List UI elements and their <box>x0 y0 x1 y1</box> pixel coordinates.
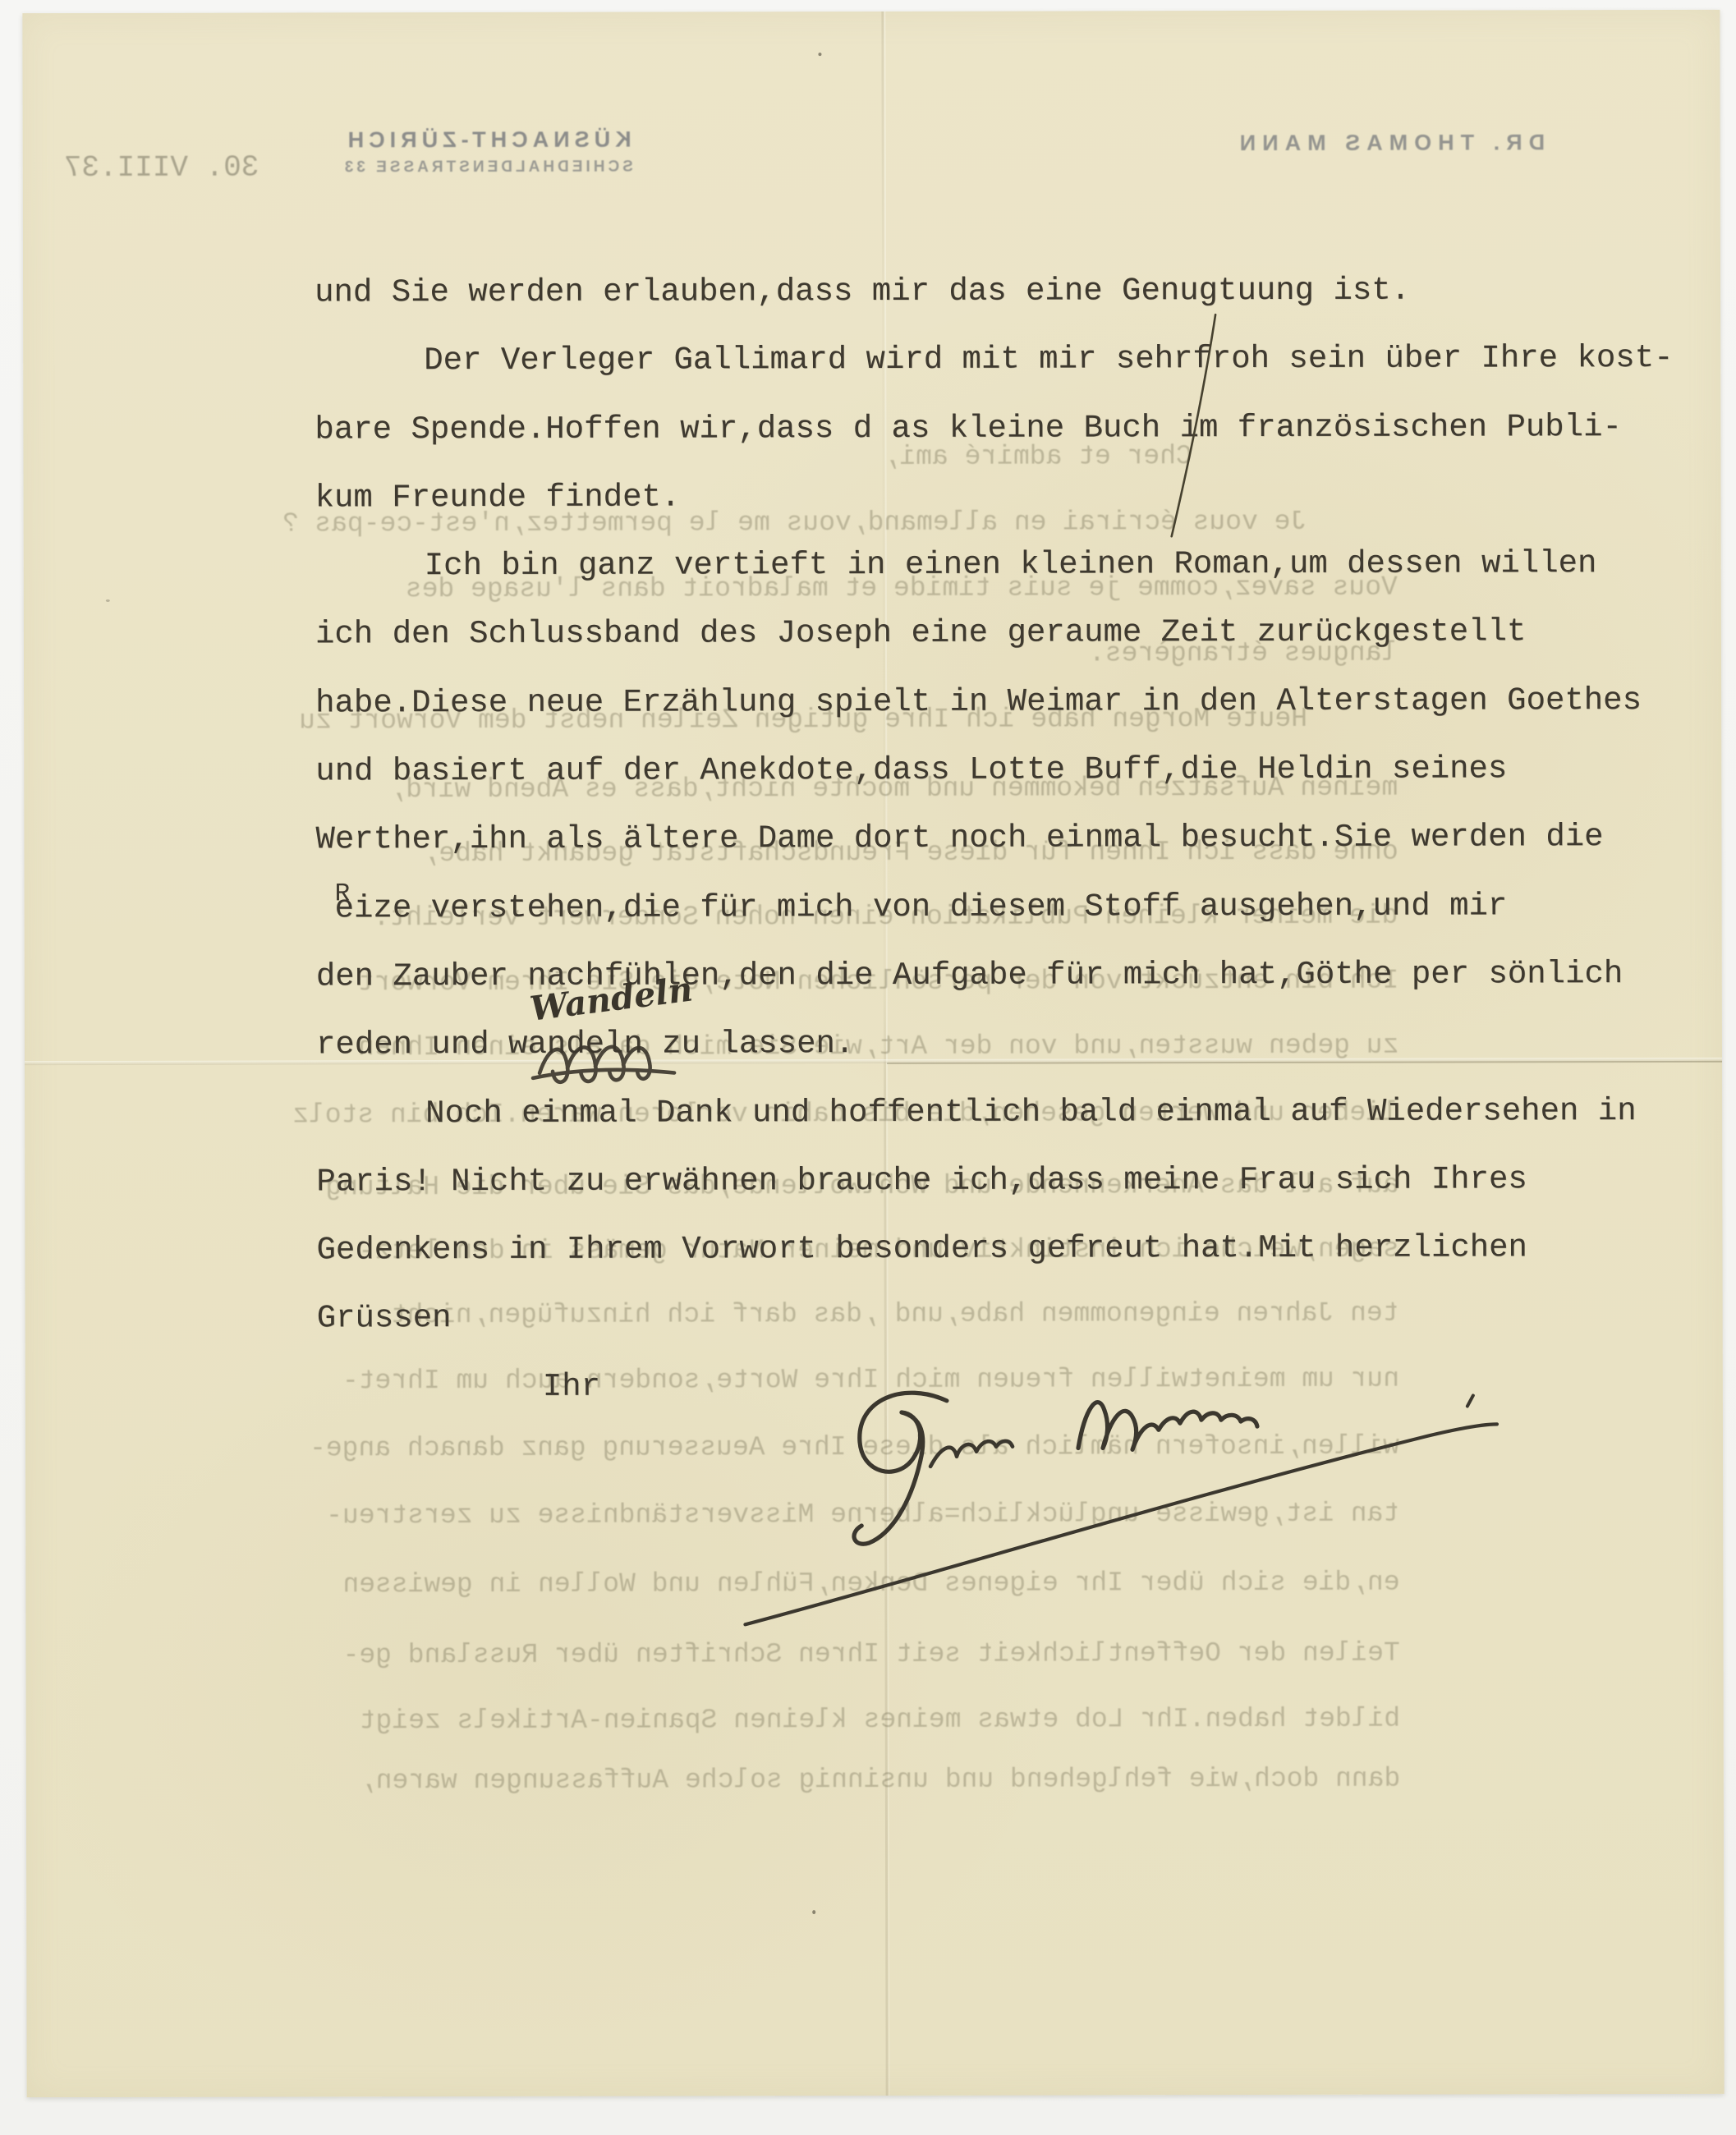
letter-paper: DR. THOMAS MANN KÜSNACHT-ZÜRICH SCHIEDHA… <box>22 10 1724 2097</box>
typed-line: Paris! Nicht zu erwähnen brauche ich,das… <box>316 1146 1674 1217</box>
letter-body: und Sie werden erlauben,dass mir das ein… <box>315 256 1675 1422</box>
handwritten-slash <box>1156 306 1231 544</box>
typed-line: Werther,ihn als ältere Dame dort noch ei… <box>315 803 1674 875</box>
typed-line: habe.Diese neue Erzählung spielt in Weim… <box>315 667 1674 738</box>
typed-line: und Sie werden erlauben,dass mir das ein… <box>315 256 1673 328</box>
typed-line: kum Freunde findet. <box>315 461 1673 533</box>
typed-line: den Zauber nachfühlen,den die Aufgabe fü… <box>316 940 1674 1012</box>
typed-line: Noch einmal Dank und hoffentlich bald ei… <box>316 1077 1674 1149</box>
signature <box>723 1365 1521 1654</box>
dust-speck <box>106 599 110 602</box>
typed-line: reden und wandeln zu lassen. <box>316 1008 1674 1080</box>
scanned-letter: DR. THOMAS MANN KÜSNACHT-ZÜRICH SCHIEDHA… <box>0 0 1736 2135</box>
typed-line: Grüssen <box>317 1282 1675 1353</box>
superscript-r-correction: R <box>335 879 351 908</box>
typed-line: ich den Schlussband des Joseph eine gera… <box>315 598 1674 669</box>
bleedthrough-line: bildet haben.Ihr Lob etwas meines kleine… <box>359 1704 1399 1737</box>
typed-line: Gedenkens in Ihrem Vorwort besonders gef… <box>316 1214 1674 1285</box>
dust-speck <box>812 1910 815 1914</box>
typed-line: bare Spende.Hoffen wir,dass d as kleine … <box>315 393 1673 465</box>
strikeout-scribble <box>521 1030 686 1095</box>
dust-speck <box>818 53 821 56</box>
typed-line: und basiert auf der Anekdote,dass Lotte … <box>315 735 1674 806</box>
typed-line: Ich bin ganz vertieft in einen kleinen R… <box>315 530 1674 601</box>
typed-line: Der Verleger Gallimard wird mit mir sehr… <box>315 324 1673 396</box>
bleedthrough-line: dann doch,wie fehlgehend und unsinnig so… <box>359 1764 1399 1797</box>
typed-line: eize verstehen,die für mich von diesem S… <box>316 872 1674 944</box>
